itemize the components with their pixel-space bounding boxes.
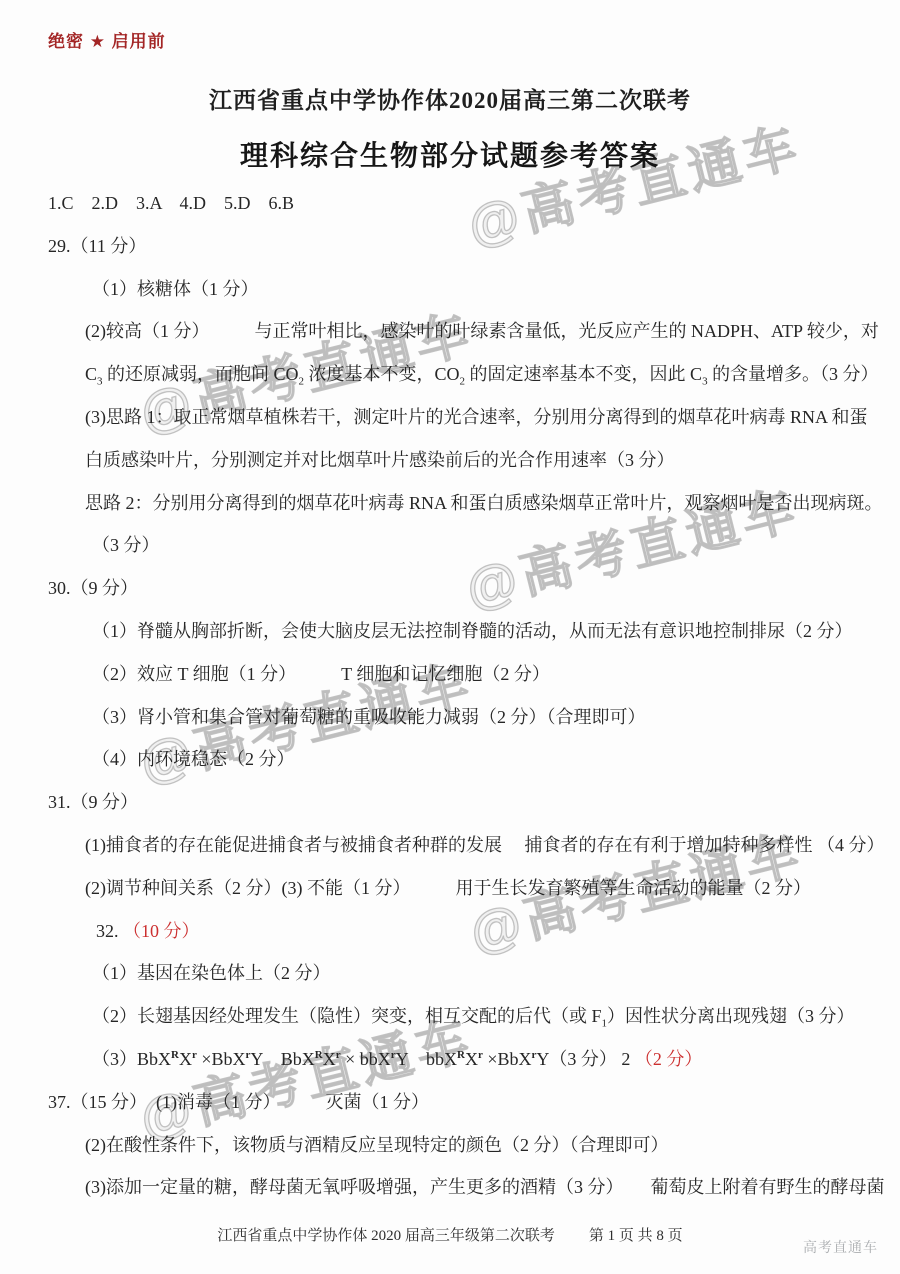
answer-text: Y BbX (250, 1049, 314, 1069)
answer-text: 29.（11 分） (48, 236, 146, 256)
answer-text: （2）效应 T 细胞（1 分） T 细胞和记忆细胞（2 分） (92, 664, 550, 684)
answer-text: (2)较高（1 分） 与正常叶相比，感染叶的叶绿素含量低，光反应产生的 NADP… (85, 321, 879, 341)
answer-text: 的固定速率基本不变，因此 C (465, 364, 702, 384)
answer-key-subtitle: 理科综合生物部分试题参考答案 (0, 134, 900, 174)
answer-line: 30.（9 分） (0, 567, 900, 610)
answer-line: (2)较高（1 分） 与正常叶相比，感染叶的叶绿素含量低，光反应产生的 NADP… (0, 310, 900, 353)
answer-text: （3）BbX (92, 1049, 171, 1069)
answer-text: C (85, 364, 97, 384)
answer-line: (3)添加一定量的糖，酵母菌无氧呼吸增强，产生更多的酒精（3 分） 葡萄皮上附着… (0, 1166, 900, 1209)
answer-line: 37.（15 分） (1)消毒（1 分） 灭菌（1 分） (0, 1081, 900, 1124)
answer-text: (3)添加一定量的糖，酵母菌无氧呼吸增强，产生更多的酒精（3 分） 葡萄皮上附着… (85, 1177, 884, 1197)
answer-text: 30.（9 分） (48, 578, 138, 598)
answer-text: (3)思路 1：取正常烟草植株若干，测定叶片的光合速率，分别用分离得到的烟草花叶… (85, 407, 868, 427)
footer-page-info: 第 1 页 共 8 页 (589, 1228, 683, 1244)
score-text-red: （10 分） (123, 921, 200, 941)
answer-line: (2)在酸性条件下，该物质与酒精反应呈现特定的颜色（2 分）（合理即可） (0, 1124, 900, 1167)
answer-text: X (465, 1049, 478, 1069)
answer-line: 32. （10 分） (0, 910, 900, 953)
answer-text: （2）长翅基因经处理发生（隐性）突变，相互交配的后代（或 F (92, 1006, 602, 1026)
answer-text: （3 分） (92, 535, 160, 555)
answer-line: 31.（9 分） (0, 781, 900, 824)
answer-line: （3）肾小管和集合管对葡萄糖的重吸收能力减弱（2 分）（合理即可） (0, 696, 900, 739)
page-footer: 江西省重点中学协作体 2020 届高三年级第二次联考第 1 页 共 8 页 (0, 1224, 900, 1245)
answer-text: (2)调节种间关系（2 分）(3) 不能（1 分） 用于生长发育繁殖等生命活动的… (85, 878, 811, 898)
score-text-red: （2 分） (635, 1049, 703, 1069)
answer-text: (2)在酸性条件下，该物质与酒精反应呈现特定的颜色（2 分）（合理即可） (85, 1135, 669, 1155)
answer-text: 37.（15 分） (1)消毒（1 分） 灭菌（1 分） (48, 1092, 429, 1112)
answer-line: C3 的还原减弱，而胞间 CO2 浓度基本不变，CO2 的固定速率基本不变，因此… (0, 353, 900, 396)
answer-text: Y bbX (396, 1049, 457, 1069)
answer-text: Y（3 分） 2 (536, 1049, 635, 1069)
footer-exam-name: 江西省重点中学协作体 2020 届高三年级第二次联考 (217, 1228, 555, 1244)
answer-text: ）因性状分离出现残翅（3 分） (607, 1006, 855, 1026)
answer-text: ×BbX (483, 1049, 532, 1069)
answer-line: （2）效应 T 细胞（1 分） T 细胞和记忆细胞（2 分） (0, 653, 900, 696)
answer-text: R (315, 1049, 323, 1061)
answer-text: 思路 2：分别用分离得到的烟草花叶病毒 RNA 和蛋白质感染烟草正常叶片，观察烟… (85, 493, 883, 513)
exam-title: 江西省重点中学协作体2020届高三第二次联考 (0, 82, 900, 115)
answer-text: 的含量增多。（3 分） (708, 364, 879, 384)
answer-line: (1)捕食者的存在能促进捕食者与被捕食者种群的发展 捕食者的存在有利于增加特种多… (0, 824, 900, 867)
answer-text: R (457, 1049, 465, 1061)
answer-text: ×BbX (197, 1049, 246, 1069)
answer-text: （1）基因在染色体上（2 分） (92, 963, 331, 983)
answer-text: X (323, 1049, 336, 1069)
answer-line: 思路 2：分别用分离得到的烟草花叶病毒 RNA 和蛋白质感染烟草正常叶片，观察烟… (0, 482, 900, 525)
answer-text: （1）核糖体（1 分） (92, 279, 259, 299)
answer-line: （1）基因在染色体上（2 分） (0, 952, 900, 995)
answer-text: 浓度基本不变，CO (304, 364, 460, 384)
answer-text: R (171, 1049, 179, 1061)
answer-line: （1）脊髓从胸部折断，会使大脑皮层无法控制脊髓的活动，从而无法有意识地控制排尿（… (0, 610, 900, 653)
answer-text: （3）肾小管和集合管对葡萄糖的重吸收能力减弱（2 分）（合理即可） (92, 707, 646, 727)
answer-text: (1)捕食者的存在能促进捕食者与被捕食者种群的发展 捕食者的存在有利于增加特种多… (85, 835, 884, 855)
answer-text: （4）内环境稳态（2 分） (92, 749, 295, 769)
answer-text: 1.C 2.D 3.A 4.D 5.D 6.B (48, 193, 294, 213)
answer-line: (3)思路 1：取正常烟草植株若干，测定叶片的光合速率，分别用分离得到的烟草花叶… (0, 396, 900, 439)
answer-line: 29.（11 分） (0, 225, 900, 268)
answer-line: 白质感染叶片，分别测定并对比烟草叶片感染前后的光合作用速率（3 分） (0, 439, 900, 482)
answer-line: （3 分） (0, 524, 900, 567)
answer-line: (2)调节种间关系（2 分）(3) 不能（1 分） 用于生长发育繁殖等生命活动的… (0, 867, 900, 910)
answer-text: 31.（9 分） (48, 792, 138, 812)
answer-text: × bbX (341, 1049, 391, 1069)
answer-text: X (179, 1049, 192, 1069)
document-page: @高考直通车 @高考直通车 @高考直通车 @高考直通车 @高考直通车 @高考直通… (0, 0, 900, 1274)
answer-text: 32. (96, 921, 123, 941)
answer-line: （4）内环境稳态（2 分） (0, 738, 900, 781)
answer-line: 1.C 2.D 3.A 4.D 5.D 6.B (0, 182, 900, 225)
answer-text: 的还原减弱，而胞间 CO (103, 364, 299, 384)
secrecy-label: 绝密 ★ 启用前 (48, 27, 166, 52)
watermark-corner-logo: 高考直通车 (803, 1237, 878, 1257)
answer-line: （3）BbXRXr ×BbXrY BbXRXr × bbXrY bbXRXr ×… (0, 1038, 900, 1081)
answer-text: （1）脊髓从胸部折断，会使大脑皮层无法控制脊髓的活动，从而无法有意识地控制排尿（… (92, 621, 853, 641)
answer-text: 白质感染叶片，分别测定并对比烟草叶片感染前后的光合作用速率（3 分） (85, 450, 675, 470)
answer-line: （2）长翅基因经处理发生（隐性）突变，相互交配的后代（或 F1）因性状分离出现残… (0, 995, 900, 1038)
answer-line: （1）核糖体（1 分） (0, 268, 900, 311)
answer-content: 1.C 2.D 3.A 4.D 5.D 6.B29.（11 分）（1）核糖体（1… (0, 182, 900, 1209)
